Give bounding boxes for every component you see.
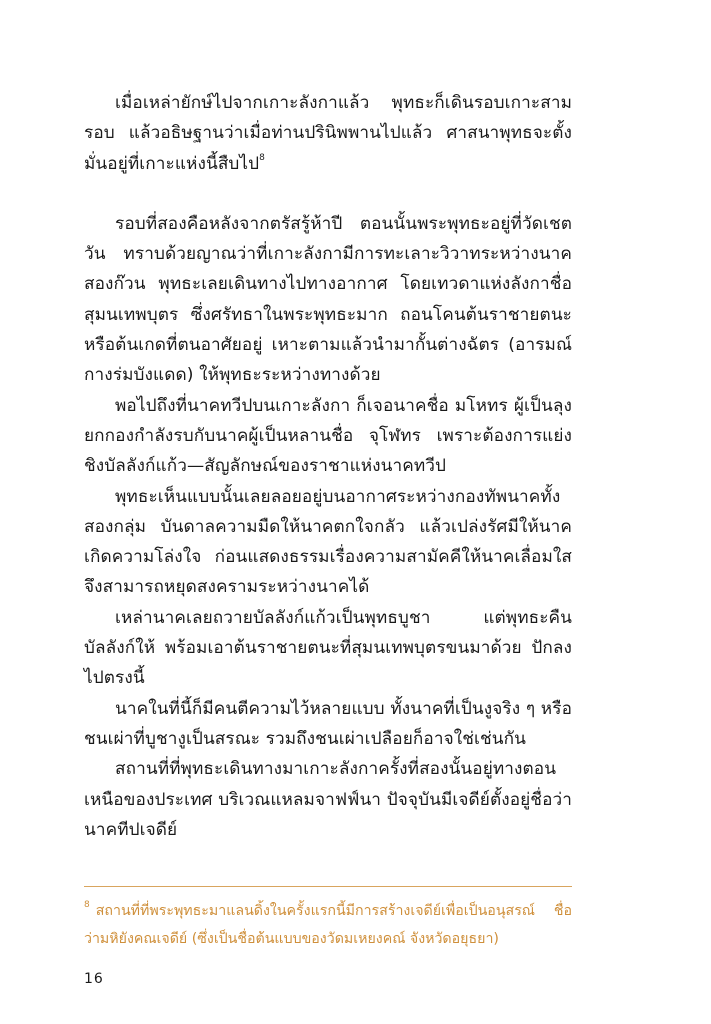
page-number: 16	[84, 971, 104, 987]
paragraph-7: สถานที่ที่พุทธะเดินทางมาเกาะลังกาครั้งที…	[84, 754, 572, 845]
footnote: 8สถานที่ที่พระพุทธะมาแลนดิ้งในครั้งแรกนี…	[84, 897, 572, 953]
page-body: เมื่อเหล่ายักษ์ไปจากเกาะลังกาแล้ว พุทธะก…	[84, 88, 572, 845]
paragraph-6: นาคในที่นี้ก็มีคนตีความไว้หลายแบบ ทั้งนา…	[84, 694, 572, 755]
footnote-reference[interactable]: 8	[259, 153, 265, 163]
paragraph-3: พอไปถึงที่นาคทวีปบนเกาะลังกา ก็เจอนาคชื่…	[84, 391, 572, 482]
footnote-text: สถานที่ที่พระพุทธะมาแลนดิ้งในครั้งแรกนี้…	[84, 903, 572, 947]
footnote-number: 8	[84, 900, 90, 910]
paragraph-5: เหล่านาคเลยถวายบัลลังก์แก้วเป็นพุทธบูชา …	[84, 603, 572, 694]
paragraph-1: เมื่อเหล่ายักษ์ไปจากเกาะลังกาแล้ว พุทธะก…	[84, 88, 572, 179]
paragraph-4: พุทธะเห็นแบบนั้นเลยลอยอยู่บนอากาศระหว่าง…	[84, 482, 572, 603]
paragraph-1-text: เมื่อเหล่ายักษ์ไปจากเกาะลังกาแล้ว พุทธะก…	[84, 93, 572, 174]
paragraph-2: รอบที่สองคือหลังจากตรัสรู้ห้าปี ตอนนั้นพ…	[84, 209, 572, 391]
section-gap	[84, 179, 572, 209]
footnote-divider	[84, 886, 572, 887]
